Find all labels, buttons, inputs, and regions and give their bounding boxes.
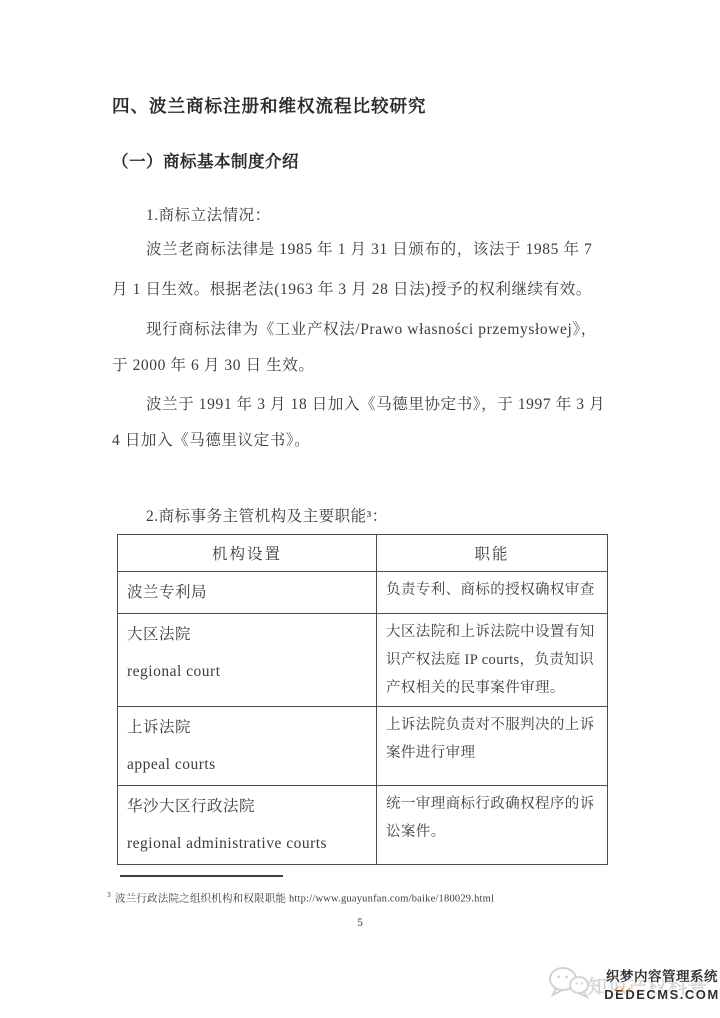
table-header-cell: 机构设置 (118, 535, 377, 572)
authorities-table: 机构设置 职能 波兰专利局 负责专利、商标的授权确权审查 大区法院 region… (117, 534, 608, 865)
subsection-1-heading: 1.商标立法情况： (146, 203, 271, 225)
paragraph-line: 波兰于 1991 年 3 月 18 日加入《马德里协定书》，于 1997 年 3… (146, 392, 605, 414)
footnote: 3波兰行政法院之组织机构和权限职能 http://www.guayunfan.c… (107, 890, 494, 906)
org-cell: 上诉法院 appeal courts (118, 707, 377, 786)
duty-cell: 大区法院和上诉法院中设置有知识产权法庭 IP courts，负责知识产权相关的民… (377, 614, 608, 707)
org-name-cn: 上诉法院 (127, 709, 370, 746)
page-title: 四、波兰商标注册和维权流程比较研究 (112, 93, 427, 118)
section-heading: （一）商标基本制度介绍 (112, 148, 299, 172)
org-name-en: regional court (127, 653, 370, 690)
org-name-cn: 波兰专利局 (127, 574, 370, 611)
paragraph-line: 月 1 日生效。根据老法(1963 年 3 月 28 日法)授予的权利继续有效。 (112, 277, 592, 299)
footnote-divider (120, 875, 283, 877)
table-row: 大区法院 regional court 大区法院和上诉法院中设置有知识产权法庭 … (118, 614, 608, 707)
footnote-marker: 3 (107, 890, 111, 899)
duty-cell: 负责专利、商标的授权确权审查 (377, 572, 608, 614)
org-name-en: regional administrative courts (127, 825, 370, 862)
table-row: 波兰专利局 负责专利、商标的授权确权审查 (118, 572, 608, 614)
org-name-cn: 大区法院 (127, 616, 370, 653)
table-row: 华沙大区行政法院 regional administrative courts … (118, 786, 608, 865)
org-cell: 华沙大区行政法院 regional administrative courts (118, 786, 377, 865)
paragraph-line: 现行商标法律为《工业产权法/Prawo własności przemysłow… (146, 317, 597, 339)
org-cell: 波兰专利局 (118, 572, 377, 614)
table-header-cell: 职能 (377, 535, 608, 572)
footnote-text: 波兰行政法院之组织机构和权限职能 http://www.guayunfan.co… (115, 894, 494, 905)
paragraph-line: 于 2000 年 6 月 30 日 生效。 (112, 353, 314, 375)
paragraph-line: 波兰老商标法律是 1985 年 1 月 31 日颁布的，该法于 1985 年 7 (146, 237, 592, 259)
subsection-2-heading: 2.商标事务主管机构及主要职能³： (146, 504, 388, 526)
wechat-icon (548, 966, 590, 1005)
table-row: 上诉法院 appeal courts 上诉法院负责对不服判决的上诉案件进行审理 (118, 707, 608, 786)
org-cell: 大区法院 regional court (118, 614, 377, 707)
org-name-cn: 华沙大区行政法院 (127, 788, 370, 825)
table-header-row: 机构设置 职能 (118, 535, 608, 572)
page-number: 5 (0, 917, 720, 929)
duty-cell: 上诉法院负责对不服判决的上诉案件进行审理 (377, 707, 608, 786)
org-name-en: appeal courts (127, 746, 370, 783)
paragraph-line: 4 日加入《马德里议定书》。 (112, 428, 310, 450)
cms-accent-marks-icon: ‹‹‹ (614, 981, 633, 997)
duty-cell: 统一审理商标行政确权程序的诉讼案件。 (377, 786, 608, 865)
